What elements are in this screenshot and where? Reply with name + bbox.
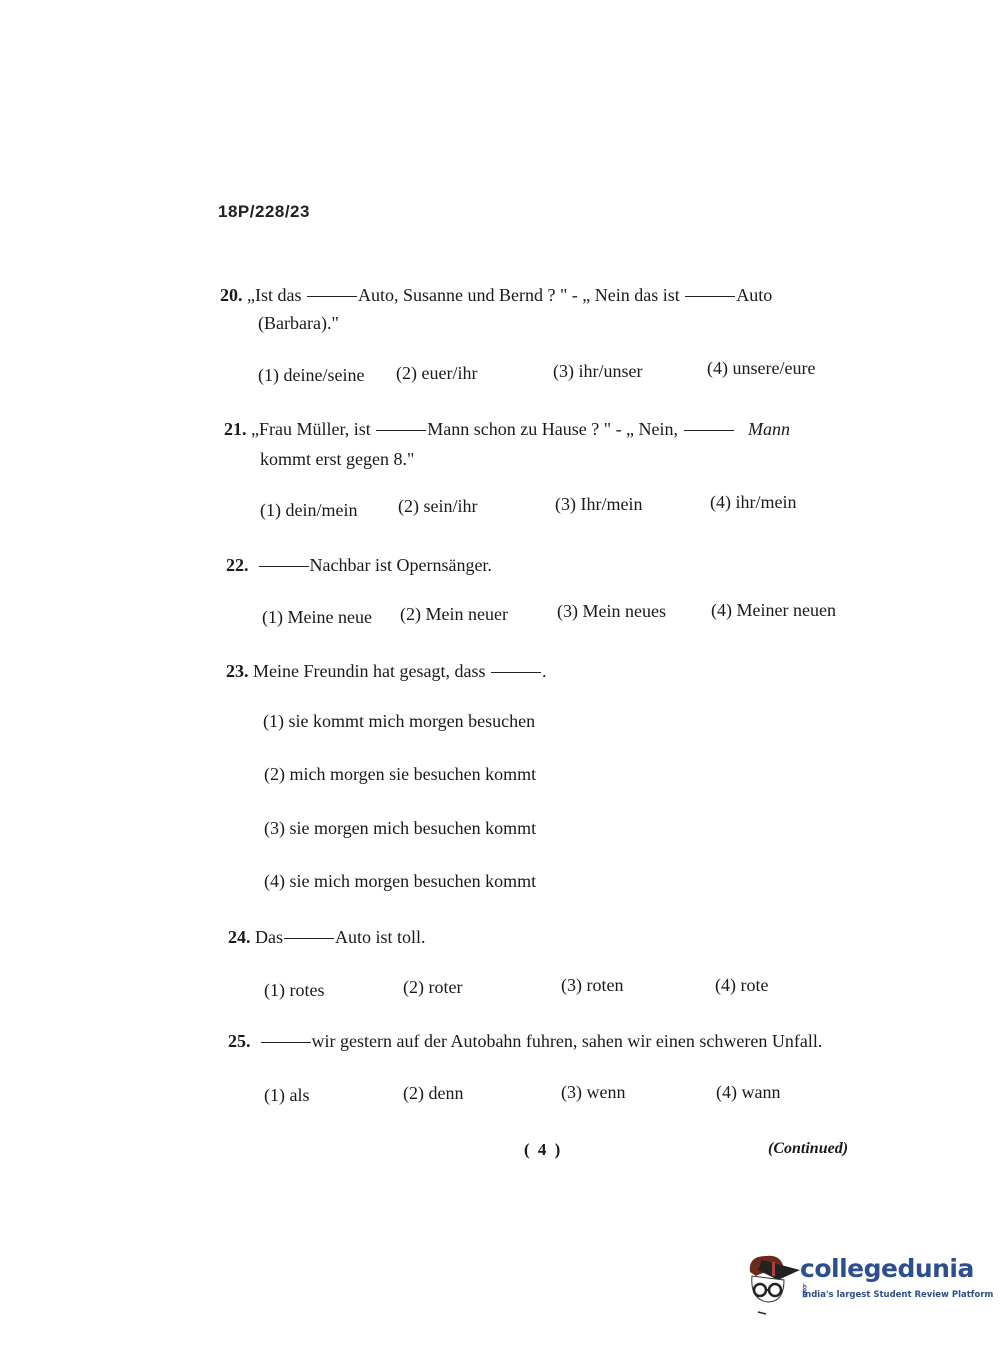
question-text: Mann schon zu Hause ? " - „ Nein,	[427, 419, 678, 439]
watermark-logo: collegedunia.com India's largest Student…	[742, 1250, 972, 1320]
question-text: Nachbar ist Opernsänger.	[310, 555, 492, 575]
question-text: Auto, Susanne und Bernd ? " - „ Nein das…	[358, 285, 680, 305]
question-text: Auto	[736, 285, 772, 305]
question-number: 25.	[228, 1031, 251, 1051]
question-number: 24.	[228, 927, 251, 947]
option-4[interactable]: (4) sie mich morgen besuchen kommt	[264, 871, 536, 892]
blank	[307, 296, 357, 297]
question-text: (Barbara)."	[258, 312, 339, 334]
question-text: „Frau Müller, ist	[251, 419, 371, 439]
blank	[284, 938, 334, 939]
option-3[interactable]: (3) sie morgen mich besuchen kommt	[264, 818, 536, 839]
question-text: Mann	[748, 419, 790, 439]
question-number: 21.	[224, 419, 247, 439]
question-22-line: 22. Nachbar ist Opernsänger.	[226, 554, 492, 576]
option-2[interactable]: (2) mich morgen sie besuchen kommt	[264, 764, 536, 785]
option-3[interactable]: (3) roten	[561, 975, 623, 996]
question-number: 22.	[226, 555, 249, 575]
question-text: wir gestern auf der Autobahn fuhren, sah…	[312, 1031, 823, 1051]
question-text: kommt erst gegen 8."	[260, 448, 414, 470]
blank	[491, 672, 541, 673]
option-1[interactable]: (1) Meine neue	[262, 607, 372, 628]
blank	[261, 1042, 311, 1043]
question-25-line: 25. wir gestern auf der Autobahn fuhren,…	[228, 1030, 822, 1052]
option-2[interactable]: (2) euer/ihr	[396, 363, 477, 384]
question-number: 23.	[226, 661, 249, 681]
question-20-line1: 20. „Ist das Auto, Susanne und Bernd ? "…	[220, 284, 772, 306]
option-1[interactable]: (1) dein/mein	[260, 500, 357, 521]
option-1[interactable]: (1) rotes	[264, 980, 324, 1001]
option-3[interactable]: (3) wenn	[561, 1082, 625, 1103]
option-4[interactable]: (4) rote	[715, 975, 768, 996]
blank	[259, 566, 309, 567]
question-21-line1: 21. „Frau Müller, ist Mann schon zu Haus…	[224, 418, 790, 440]
option-3[interactable]: (3) Mein neues	[557, 601, 666, 622]
question-text: Das	[255, 927, 283, 947]
continued-label: (Continued)	[768, 1140, 848, 1158]
question-number: 20.	[220, 285, 243, 305]
blank	[376, 430, 426, 431]
option-4[interactable]: (4) Meiner neuen	[711, 600, 836, 621]
mascot-icon	[742, 1250, 802, 1320]
option-1[interactable]: (1) sie kommt mich morgen besuchen	[263, 711, 535, 732]
blank	[685, 296, 735, 297]
option-1[interactable]: (1) deine/seine	[258, 365, 364, 386]
question-text: Auto ist toll.	[335, 927, 426, 947]
option-2[interactable]: (2) Mein neuer	[400, 604, 508, 625]
question-text: .	[542, 661, 547, 681]
brand-tagline: India's largest Student Review Platform	[802, 1290, 993, 1300]
option-4[interactable]: (4) unsere/eure	[707, 358, 815, 379]
blank	[684, 430, 734, 431]
page-number: ( 4 )	[524, 1140, 562, 1160]
question-text: „Ist das	[247, 285, 301, 305]
question-23-line: 23. Meine Freundin hat gesagt, dass .	[226, 660, 546, 682]
option-4[interactable]: (4) ihr/mein	[710, 492, 796, 513]
option-4[interactable]: (4) wann	[716, 1082, 780, 1103]
option-2[interactable]: (2) sein/ihr	[398, 496, 477, 517]
question-24-line: 24. DasAuto ist toll.	[228, 926, 426, 948]
option-2[interactable]: (2) denn	[403, 1083, 463, 1104]
brand-name: collegedunia.com	[800, 1254, 974, 1312]
paper-code: 18P/228/23	[218, 202, 310, 222]
option-2[interactable]: (2) roter	[403, 977, 462, 998]
option-3[interactable]: (3) ihr/unser	[553, 361, 642, 382]
option-1[interactable]: (1) als	[264, 1085, 309, 1106]
option-3[interactable]: (3) Ihr/mein	[555, 494, 642, 515]
question-text: Meine Freundin hat gesagt, dass	[253, 661, 485, 681]
